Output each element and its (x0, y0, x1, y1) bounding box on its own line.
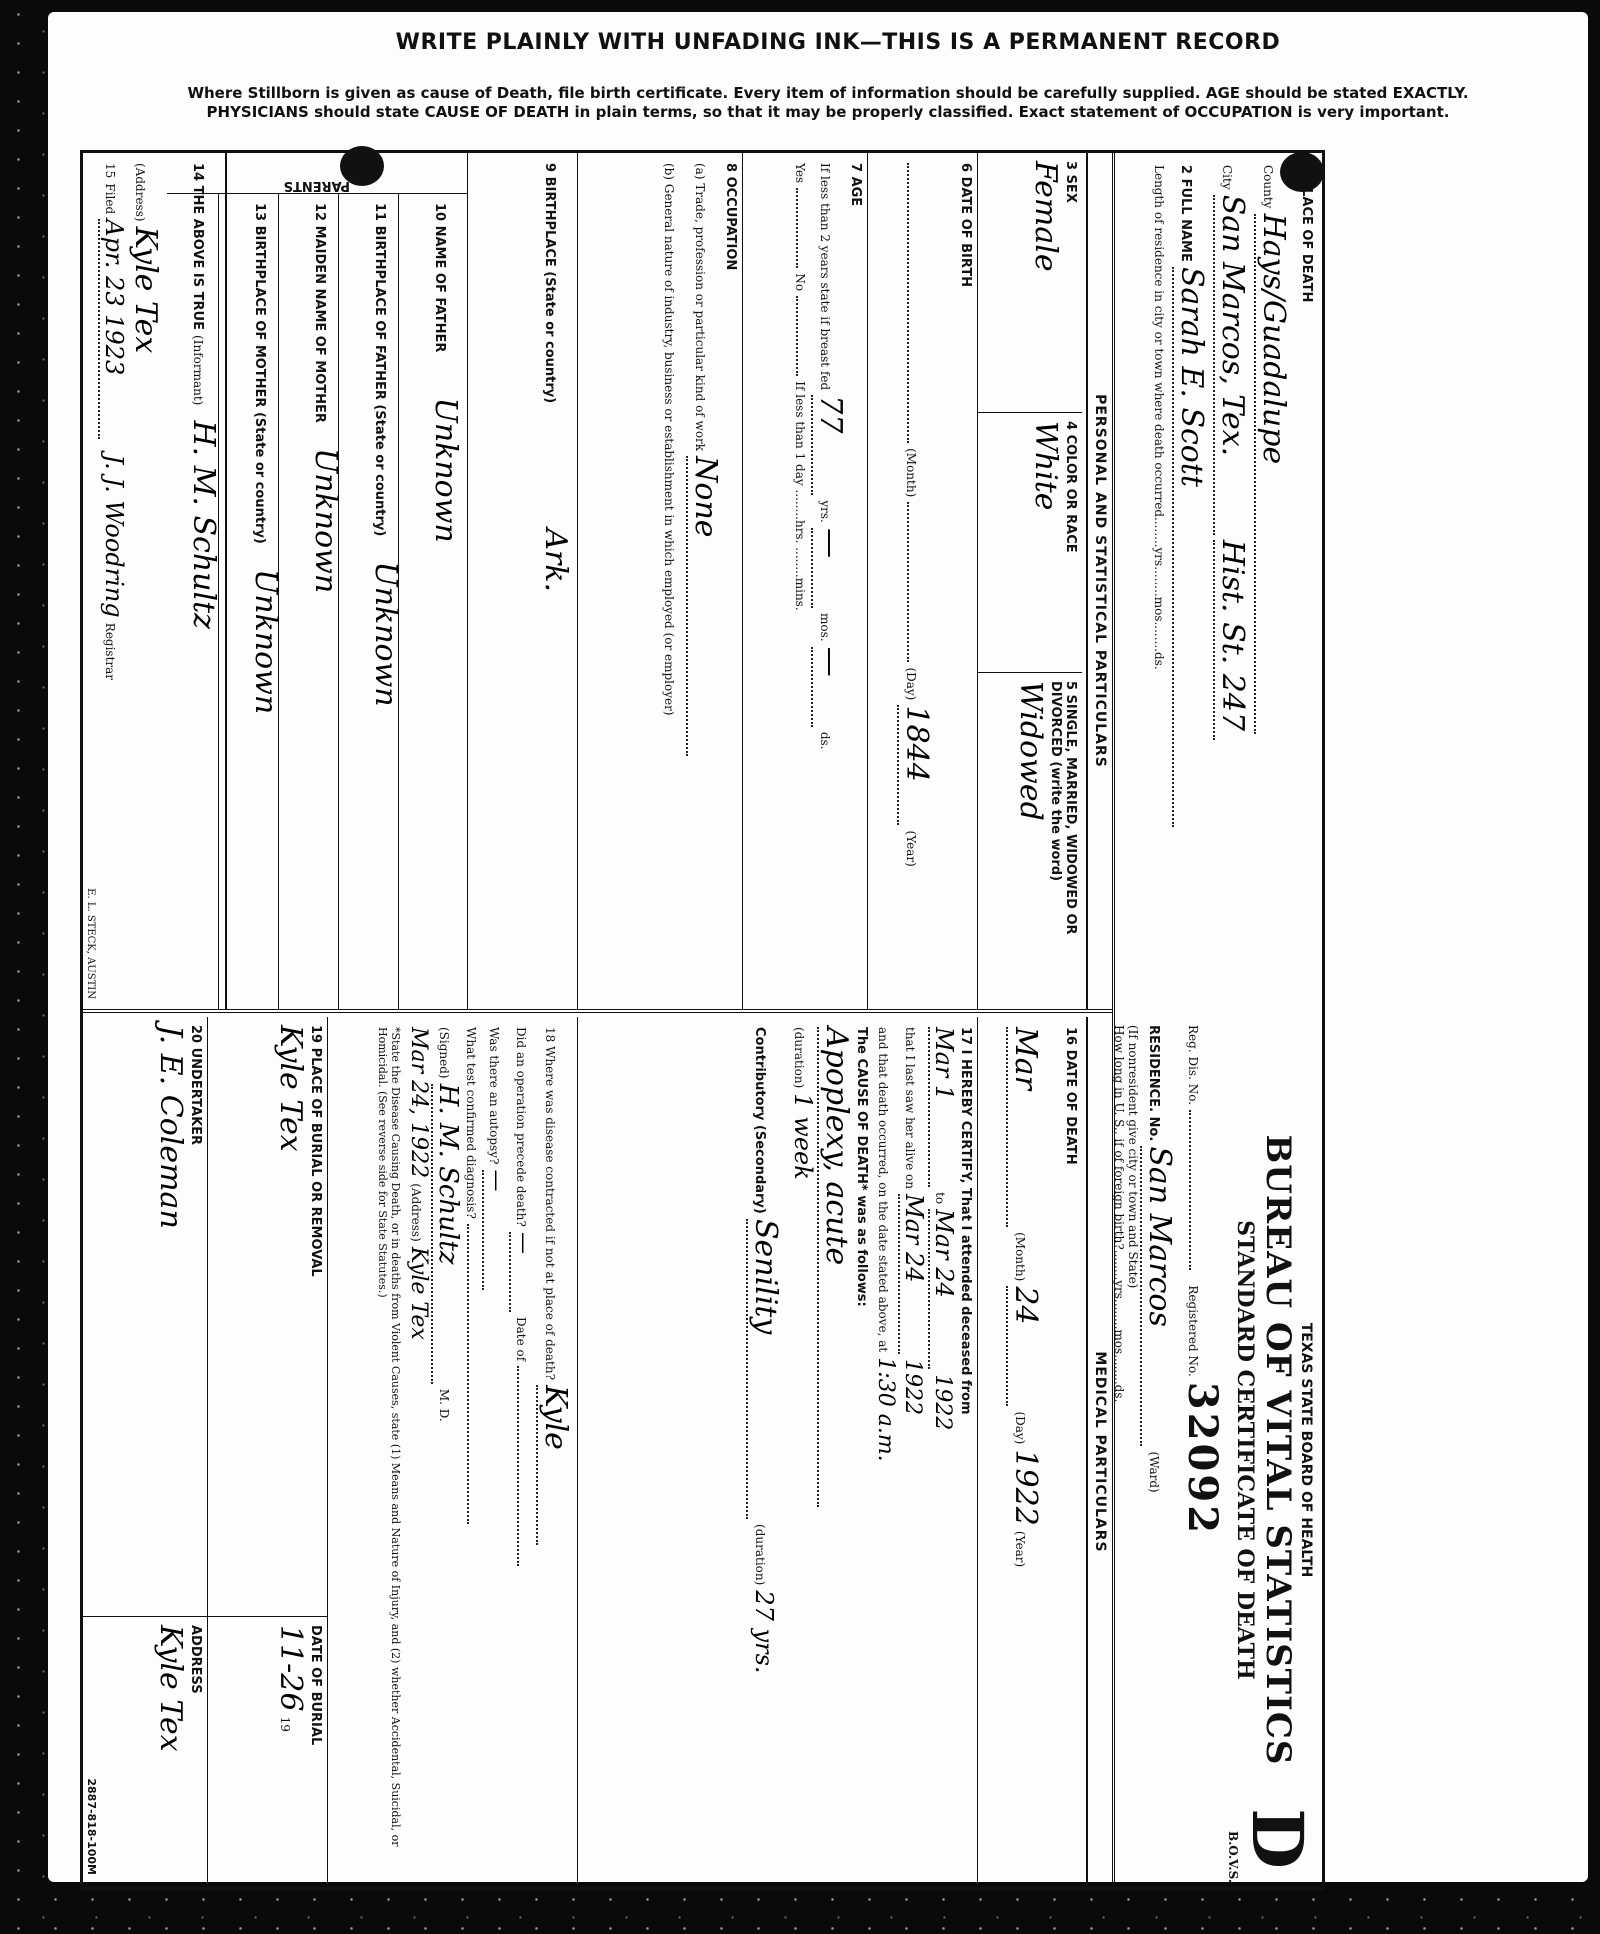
autopsy-value: — (482, 1170, 509, 1290)
contributory-duration-label: (duration) (753, 1524, 767, 1585)
filed-date-value: Apr. 23 1923 (98, 219, 128, 439)
undertaker-label: 20 UNDERTAKER (188, 1025, 203, 1608)
filed-row: (Address) Kyle Tex 15 Filed Apr. 23 1923… (83, 153, 167, 1009)
form-letter: D (1242, 1808, 1312, 1869)
birthplace-value: Ark. (538, 528, 573, 592)
registrar-signature: J. J. Woodring (100, 454, 128, 617)
operation-label: Did an operation precede death? (514, 1027, 528, 1227)
sex-field: 3 SEX Female (978, 153, 1082, 413)
color-field: 4 COLOR OR RACE White (978, 413, 1082, 673)
undertaker-address-value: Kyle Tex (153, 1625, 188, 1875)
dob-year-value: 1844 (897, 705, 934, 825)
death-month-label: (Month) (1013, 1232, 1027, 1281)
medical-section-title: MEDICAL PARTICULARS (1086, 1017, 1112, 1887)
attended-from-value: Mar 1 (928, 1027, 958, 1187)
informant-label: 14 THE ABOVE IS TRUE (190, 163, 205, 330)
death-certificate-form: 1 PLACE OF DEATH County Hays/Guadalupe C… (80, 150, 1325, 1890)
dob-month-label: (Month) (904, 448, 918, 497)
informant-address-label: (Address) (133, 163, 147, 222)
age-ds-value: — (811, 647, 848, 727)
age-mos-value: — (811, 528, 848, 608)
certificate-title-section: TEXAS STATE BOARD OF HEALTH BUREAU OF VI… (1112, 1013, 1322, 1887)
sex-color-marital-row: 3 SEX Female 4 COLOR OR RACE White 5 SIN… (977, 153, 1082, 1009)
residence-label: RESIDENCE. No. (1146, 1025, 1161, 1141)
mother-birthplace-value: Unknown (248, 569, 283, 714)
marital-value: Widowed (1013, 681, 1048, 1001)
last-saw-year: 1922 (900, 1359, 925, 1415)
date-of-death-row: 16 DATE OF DEATH Mar (Month) 24 (Day) 19… (977, 1017, 1082, 1887)
age-ds-unit: ds. (818, 732, 832, 750)
father-name-value: Unknown (428, 398, 463, 543)
dob-label: 6 DATE OF BIRTH (958, 163, 973, 999)
full-name-label: 2 FULL NAME (1178, 165, 1193, 262)
residence-value: San Marcos (1140, 1146, 1177, 1446)
parents-block: PARENTS 10 NAME OF FATHER Unknown 11 BIR… (167, 153, 467, 1009)
board-title: TEXAS STATE BOARD OF HEALTH (1298, 1025, 1314, 1875)
death-occurred-text: and that death occurred, on the date sta… (876, 1027, 890, 1352)
autopsy-label: Was there an autopsy? (487, 1027, 501, 1164)
occupation-label: 8 OCCUPATION (723, 163, 738, 999)
birthplace-label: 9 BIRTHPLACE (State or country) (542, 163, 557, 403)
operation-date-label: Date of (514, 1317, 528, 1361)
burial-date-label: DATE OF BURIAL (308, 1625, 323, 1875)
operation-value: — (509, 1232, 536, 1312)
length-of-residence: Length of residence in city or town wher… (1152, 165, 1166, 1001)
cause-duration-label: (duration) (792, 1027, 806, 1088)
occupation-value: None (686, 456, 723, 756)
mother-maiden-value: Unknown (308, 448, 343, 593)
burial-date-field: DATE OF BURIAL 11-26 19 (208, 1617, 327, 1883)
occupation-a-label: (a) Trade, profession or particular kind… (693, 163, 707, 451)
infant-note: If less than 2 years state if breast fed (818, 163, 832, 390)
signed-label: (Signed) (437, 1027, 451, 1079)
undertaker-field: 20 UNDERTAKER J. E. Coleman (83, 1017, 207, 1617)
date-of-birth-row: 6 DATE OF BIRTH (Month) (Day) 1844 (Year… (867, 153, 977, 1009)
burial-place-field: 19 PLACE OF BURIAL OR REMOVAL Kyle Tex (208, 1017, 327, 1617)
city-value: San Marcos, Tex. (1213, 195, 1250, 535)
occupation-b-label: (b) General nature of industry, business… (662, 163, 676, 999)
personal-particulars-section: PERSONAL AND STATISTICAL PARTICULARS 3 S… (83, 153, 1112, 1013)
registrar-label: Registrar (103, 623, 117, 680)
burial-year-prefix: 19 (278, 1717, 292, 1732)
test-label: What test confirmed diagnosis? (464, 1027, 478, 1219)
personal-section-title: PERSONAL AND STATISTICAL PARTICULARS (1086, 153, 1112, 1009)
banner: WRITE PLAINLY WITH UNFADING INK—THIS IS … (268, 30, 1408, 55)
marital-field: 5 SINGLE, MARRIED, WIDOWED OR DIVORCED (… (978, 673, 1082, 1009)
how-long-in-us: How long in U. S., if of foreign birth?.… (1112, 1025, 1126, 1875)
undertaker-row: 20 UNDERTAKER J. E. Coleman ADDRESS Kyle… (83, 1017, 207, 1887)
age-row: 7 AGE If less than 2 years state if brea… (742, 153, 867, 1009)
contributory-duration-value: 27 yrs. (750, 1590, 778, 1673)
city-label: City (1220, 165, 1234, 190)
death-day-label: (Day) (1013, 1411, 1027, 1444)
bureau-title: BUREAU OF VITAL STATISTICS (1258, 1025, 1298, 1875)
dob-year-label: (Year) (904, 831, 918, 867)
less-than-day-note: If less than 1 day ........hrs. ........… (793, 381, 807, 610)
father-name-label: 10 NAME OF FATHER (432, 203, 447, 352)
burial-label: 19 PLACE OF BURIAL OR REMOVAL (308, 1025, 323, 1608)
informant-value: H. M. Schultz (186, 420, 221, 628)
age-mos-unit: mos. (818, 613, 832, 642)
cause-value: Apoplexy, acute (817, 1027, 854, 1507)
reg-dis-label: Reg. Dis. No. (1186, 1025, 1200, 1105)
medical-particulars-section: MEDICAL PARTICULARS 16 DATE OF DEATH Mar… (83, 1017, 1112, 1887)
death-time-value: 1:30 a.m. (873, 1357, 898, 1461)
color-label: 4 COLOR OR RACE (1063, 421, 1078, 664)
physician-signature: H. M. Schultz (431, 1084, 463, 1384)
marital-label: 5 SINGLE, MARRIED, WIDOWED OR DIVORCED (… (1048, 681, 1078, 1001)
undertaker-value: J. E. Coleman (153, 1025, 188, 1608)
ward-label: (Ward) (1147, 1451, 1161, 1492)
breastfed-no-label: No (793, 273, 807, 291)
undertaker-address-label: ADDRESS (188, 1625, 203, 1875)
instructions: Where Stillborn is given as cause of Dea… (158, 84, 1498, 122)
burial-row: 19 PLACE OF BURIAL OR REMOVAL Kyle Tex D… (207, 1017, 327, 1887)
occupation-row: 8 OCCUPATION (a) Trade, profession or pa… (577, 153, 742, 1009)
breastfed-yes-label: Yes (793, 163, 807, 183)
county-value: Hays/Guadalupe (1254, 214, 1291, 734)
physician-address-value: Kyle Tex (406, 1247, 431, 1340)
full-name-value: Sarah E. Scott (1172, 267, 1209, 827)
dob-day-label: (Day) (904, 667, 918, 700)
registered-label: Registered No. (1186, 1285, 1200, 1376)
undertaker-address-field: ADDRESS Kyle Tex 2887-818-100M (83, 1617, 207, 1883)
informant-sub-label: (Informant) (191, 335, 205, 405)
place-of-death-section: 1 PLACE OF DEATH County Hays/Guadalupe C… (1112, 153, 1322, 1013)
footnote: *State the Disease Causing Death, or in … (376, 1027, 402, 1877)
attended-to-value: Mar 24 (928, 1209, 958, 1369)
contracted-value: Kyle (536, 1385, 573, 1545)
last-saw-value: Mar 24 (898, 1194, 928, 1354)
father-birthplace-label: 11 BIRTHPLACE OF FATHER (State or countr… (372, 203, 387, 536)
filed-label: Filed (103, 183, 117, 214)
sex-label: 3 SEX (1063, 161, 1078, 404)
disease-details-row: 18 Where was disease contracted if not a… (327, 1017, 577, 1887)
county-label: County (1261, 165, 1275, 208)
death-year-value: 1922 (1008, 1449, 1043, 1525)
attended-year-value: 1922 (930, 1374, 955, 1430)
color-value: White (1028, 421, 1063, 664)
sex-value: Female (1028, 161, 1063, 404)
age-years-value: 77 (811, 395, 848, 495)
age-label: 7 AGE (848, 163, 863, 999)
death-day-value: 24 (1006, 1286, 1043, 1406)
certify-text: 17 I HEREBY CERTIFY, That I attended dec… (958, 1027, 973, 1877)
contributory-value: Senility (746, 1219, 783, 1519)
printer-credit: E. L. STECK, AUSTIN (85, 888, 96, 999)
death-year-label: (Year) (1013, 1531, 1027, 1567)
contracted-label: 18 Where was disease contracted if not a… (543, 1027, 557, 1380)
mother-maiden-label: 12 MAIDEN NAME OF MOTHER (312, 203, 327, 423)
bovs-code: B.O.V.S. (1226, 1831, 1240, 1883)
last-saw-text: that I last saw her alive on (903, 1027, 917, 1189)
informant-address-value: Kyle Tex (128, 227, 163, 354)
mother-birthplace-label: 13 BIRTHPLACE OF MOTHER (State or countr… (252, 203, 267, 544)
cause-duration-value: 1 week (789, 1093, 817, 1179)
date-of-death-label: 16 DATE OF DEATH (1063, 1027, 1078, 1877)
physician-address-label: (Address) (409, 1183, 423, 1242)
signed-date-value: Mar 24, 1922 (406, 1027, 431, 1178)
place-of-death-label: 1 PLACE OF DEATH (1299, 165, 1314, 1001)
birthplace-row: 9 BIRTHPLACE (State or country) Ark. (467, 153, 577, 1009)
cause-label: The CAUSE OF DEATH* was as follows: (854, 1027, 869, 1877)
father-birthplace-value: Unknown (368, 561, 403, 706)
burial-date-value: 11-26 (273, 1625, 308, 1711)
certificate-title: STANDARD CERTIFICATE OF DEATH (1232, 1025, 1258, 1875)
form-rotated-wrapper: 1 PLACE OF DEATH County Hays/Guadalupe C… (80, 150, 1325, 1890)
burial-value: Kyle Tex (273, 1025, 308, 1608)
residence-note: (If nonresident give city or town and St… (1126, 1025, 1140, 1875)
md-label: M. D. (437, 1389, 451, 1422)
death-month-value: Mar (1006, 1027, 1043, 1227)
contributory-label: Contributory (Secondary) (752, 1027, 767, 1214)
item-15-label: 15 (103, 163, 117, 178)
form-number: 2887-818-100M (85, 1778, 98, 1875)
age-yrs-unit: yrs. (818, 500, 832, 523)
street-value: Hist. St. 247 (1213, 540, 1250, 740)
certification-row: 17 I HEREBY CERTIFY, That I attended dec… (577, 1017, 977, 1887)
registered-number: 32092 (1179, 1382, 1226, 1536)
